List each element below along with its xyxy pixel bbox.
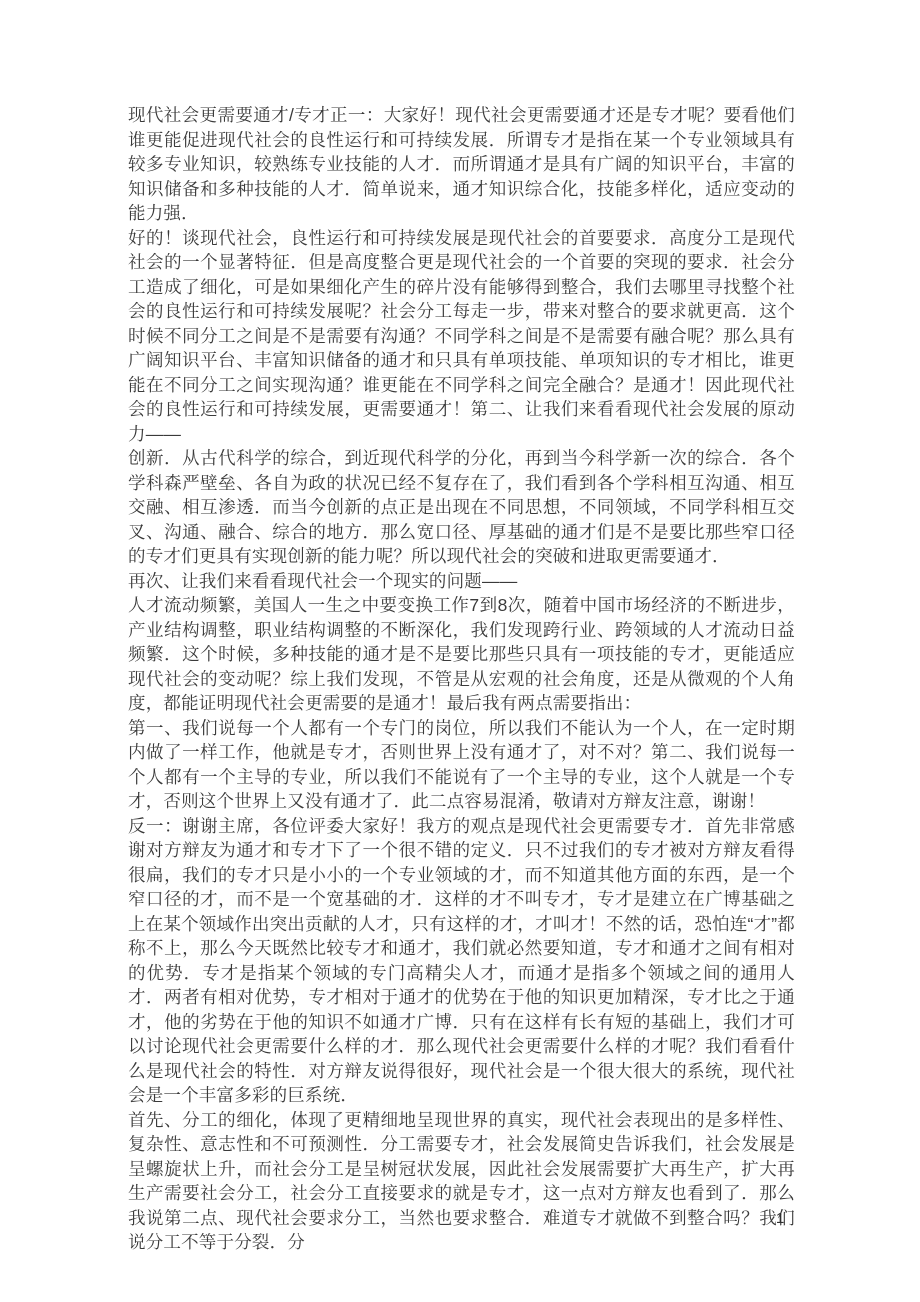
paragraph-pro-reality-question: 再次、让我们来看看现代社会一个现实的问题—— [128, 569, 795, 594]
section-con-first-speaker: 反一：谢谢主席，各位评委大家好！我方的观点是现代社会更需要专才．首先非常感谢对方… [128, 814, 795, 1255]
page-number: 1 [770, 1210, 790, 1228]
paragraph-pro-integration-argument: 好的！谈现代社会，良性运行和可持续发展是现代社会的首要要求．高度分工是现代社会的… [128, 226, 795, 447]
debate-transcript: 现代社会更需要通才/专才正一：大家好！现代社会更需要通才还是专才呢？要看他们谁更… [128, 103, 795, 1255]
paragraph-pro-two-clarifications: 第一、我们说每一个人都有一个专门的岗位，所以我们不能认为一个人，在一定时期内做了… [128, 716, 795, 814]
paragraph-pro-innovation-argument: 创新．从古代科学的综合，到近现代科学的分化，再到当今科学新一次的综合．各个学科森… [128, 446, 795, 569]
paragraph-pro-job-mobility-argument: 人才流动频繁，美国人一生之中要变换工作7到8次，随着中国市场经济的不断进步，产业… [128, 593, 795, 716]
paragraph-con-opening-definitions: 反一：谢谢主席，各位评委大家好！我方的观点是现代社会更需要专才．首先非常感谢对方… [128, 814, 795, 1108]
paragraph-pro-definitions: 现代社会更需要通才/专才正一：大家好！现代社会更需要通才还是专才呢？要看他们谁更… [128, 103, 795, 226]
document-page: 现代社会更需要通才/专才正一：大家好！现代社会更需要通才还是专才呢？要看他们谁更… [0, 0, 920, 1302]
section-pro-first-speaker: 现代社会更需要通才/专才正一：大家好！现代社会更需要通才还是专才呢？要看他们谁更… [128, 103, 795, 814]
paragraph-con-division-of-labor-argument: 首先、分工的细化，体现了更精细地呈现世界的真实，现代社会表现出的是多样性、复杂性… [128, 1108, 795, 1255]
